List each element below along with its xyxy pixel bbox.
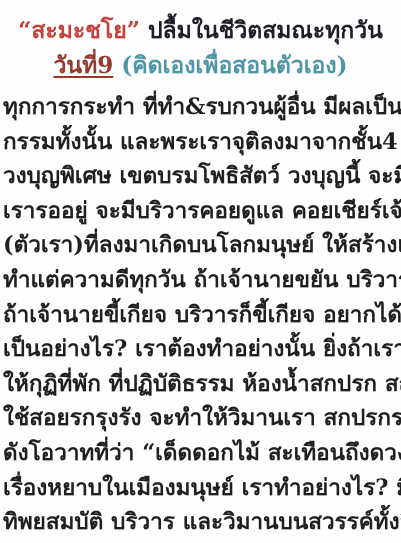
text-line: (ตัวเรา)ที่ลงมาเกิดบนโลกมนุษย์ ให้สร้างแ…	[3, 228, 398, 263]
title-quoted-name: “สะมะชโย”	[18, 17, 140, 44]
text-line: เรารออยู่ จะมีบริวารคอยดูแล คอยเชียร์เจ้…	[3, 194, 398, 229]
text-line: ทุกการกระทำ ที่ทำ&รบกวนผู้อื่น มีผลเป็นว…	[3, 90, 398, 125]
text-line: ดังโอวาทที่ว่า “เด็ดดอกไม้ สะเทือนถึงดวง…	[3, 436, 398, 471]
text-line: กรรมทั้งนั้น และพระเราจุติลงมาจากชั้น4 ด…	[3, 125, 398, 160]
text-line: เรื่องหยาบในเมืองมนุษย์ เราทำอย่างไร? มี…	[3, 471, 398, 506]
page-subtitle: วันที่9 (คิดเองเพื่อสอนตัวเอง)	[3, 48, 398, 84]
body-text: ทุกการกระทำ ที่ทำ&รบกวนผู้อื่น มีผลเป็นว…	[3, 90, 398, 540]
document-page: “สะมะชโย” ปลื้มในชีวิตสมณะทุกวัน วันที่9…	[0, 0, 401, 543]
subtitle-day-label: วันที่9	[54, 52, 114, 79]
subtitle-note: (คิดเองเพื่อสอนตัวเอง)	[113, 52, 347, 79]
text-line: ทำแต่ความดีทุกวัน ถ้าเจ้านายขยัน บริวารก…	[3, 263, 398, 298]
text-line: ถ้าเจ้านายขี้เกียจ บริวารก็ขี้เกียจ อยาก…	[3, 298, 398, 333]
title-rest: ปลื้มในชีวิตสมณะทุกวัน	[140, 17, 383, 44]
page-title: “สะมะชโย” ปลื้มในชีวิตสมณะทุกวัน	[3, 13, 398, 48]
text-line: วงบุญพิเศษ เขตบรมโพธิสัตว์ วงบุญนี้ จะมี…	[3, 159, 398, 194]
text-line: เป็นอย่างไร? เราต้องทำอย่างนั้น ยิ่งถ้าเ…	[3, 332, 398, 367]
text-line: ใช้สอยรกรุงรัง จะทำให้วิมานเรา สกปรกรกรุ…	[3, 401, 398, 436]
text-line: ทิพยสมบัติ บริวาร และวิมานบนสวรรค์ทั้งสิ…	[3, 505, 398, 540]
text-line: ให้กุฏิที่พัก ที่ปฏิบัติธรรม ห้องน้ำสกปร…	[3, 367, 398, 402]
